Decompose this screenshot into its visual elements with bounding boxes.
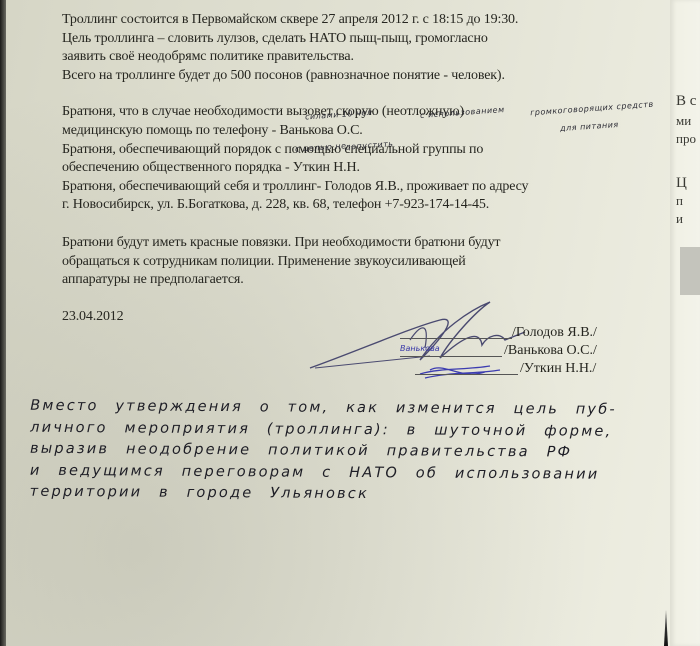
notice-line: г. Новосибирск, ул. Б.Богаткова, д. 228,…	[62, 196, 622, 215]
signature-line	[415, 374, 518, 375]
notice-line: Троллинг состоится в Первомайском сквере…	[62, 11, 622, 30]
notice-line: медицинскую помощь по телефону - Ваньков…	[62, 122, 622, 141]
signature-vankova: Ванькова	[400, 344, 440, 353]
notice-line: аппаратуры не предполагается.	[62, 271, 622, 290]
notice-line: заявить своё неодобрямс политике правите…	[62, 48, 622, 67]
notice-line: обращаться к сотрудникам полиции. Примен…	[62, 253, 622, 272]
notice-line: Всего на троллинге будет до 500 посонов …	[62, 67, 622, 86]
handwritten-line: территории в городе Ульяновск	[30, 482, 680, 508]
notice-line: Братюни будут иметь красные повязки. При…	[62, 234, 622, 253]
signatory-vankova: /Ванькова О.С./	[504, 343, 597, 359]
notice-line: обеспечению общественного порядка - Утки…	[62, 159, 622, 178]
signatory-utkin: /Уткин Н.Н./	[520, 361, 596, 377]
signature-line	[400, 338, 512, 339]
notice-line: Цель троллинга – словить лулзов, сделать…	[62, 30, 622, 49]
second-sheet-fragment: и	[676, 211, 683, 227]
printed-notice: Троллинг состоится в Первомайском сквере…	[62, 11, 622, 326]
signature-block: Ванькова /Голодов Я.В./ /Ванькова О.С./ …	[300, 290, 640, 390]
second-sheet-fragment: В с	[676, 93, 696, 110]
second-sheet-edge: В с ми про Ц п и	[670, 0, 700, 646]
signatory-golodov: /Голодов Я.В./	[512, 325, 597, 341]
second-sheet-fragment: п	[676, 193, 683, 209]
signature-line	[400, 356, 502, 357]
second-sheet-fragment: ми	[676, 113, 691, 129]
notice-line: Братюня, обеспечивающий себя и троллинг-…	[62, 178, 622, 197]
handwritten-note: Вместо утверждения о том, как изменится …	[30, 396, 681, 508]
second-sheet-shadow	[680, 247, 700, 295]
second-sheet-fragment: про	[676, 131, 696, 147]
second-sheet-fragment: Ц	[676, 175, 687, 192]
